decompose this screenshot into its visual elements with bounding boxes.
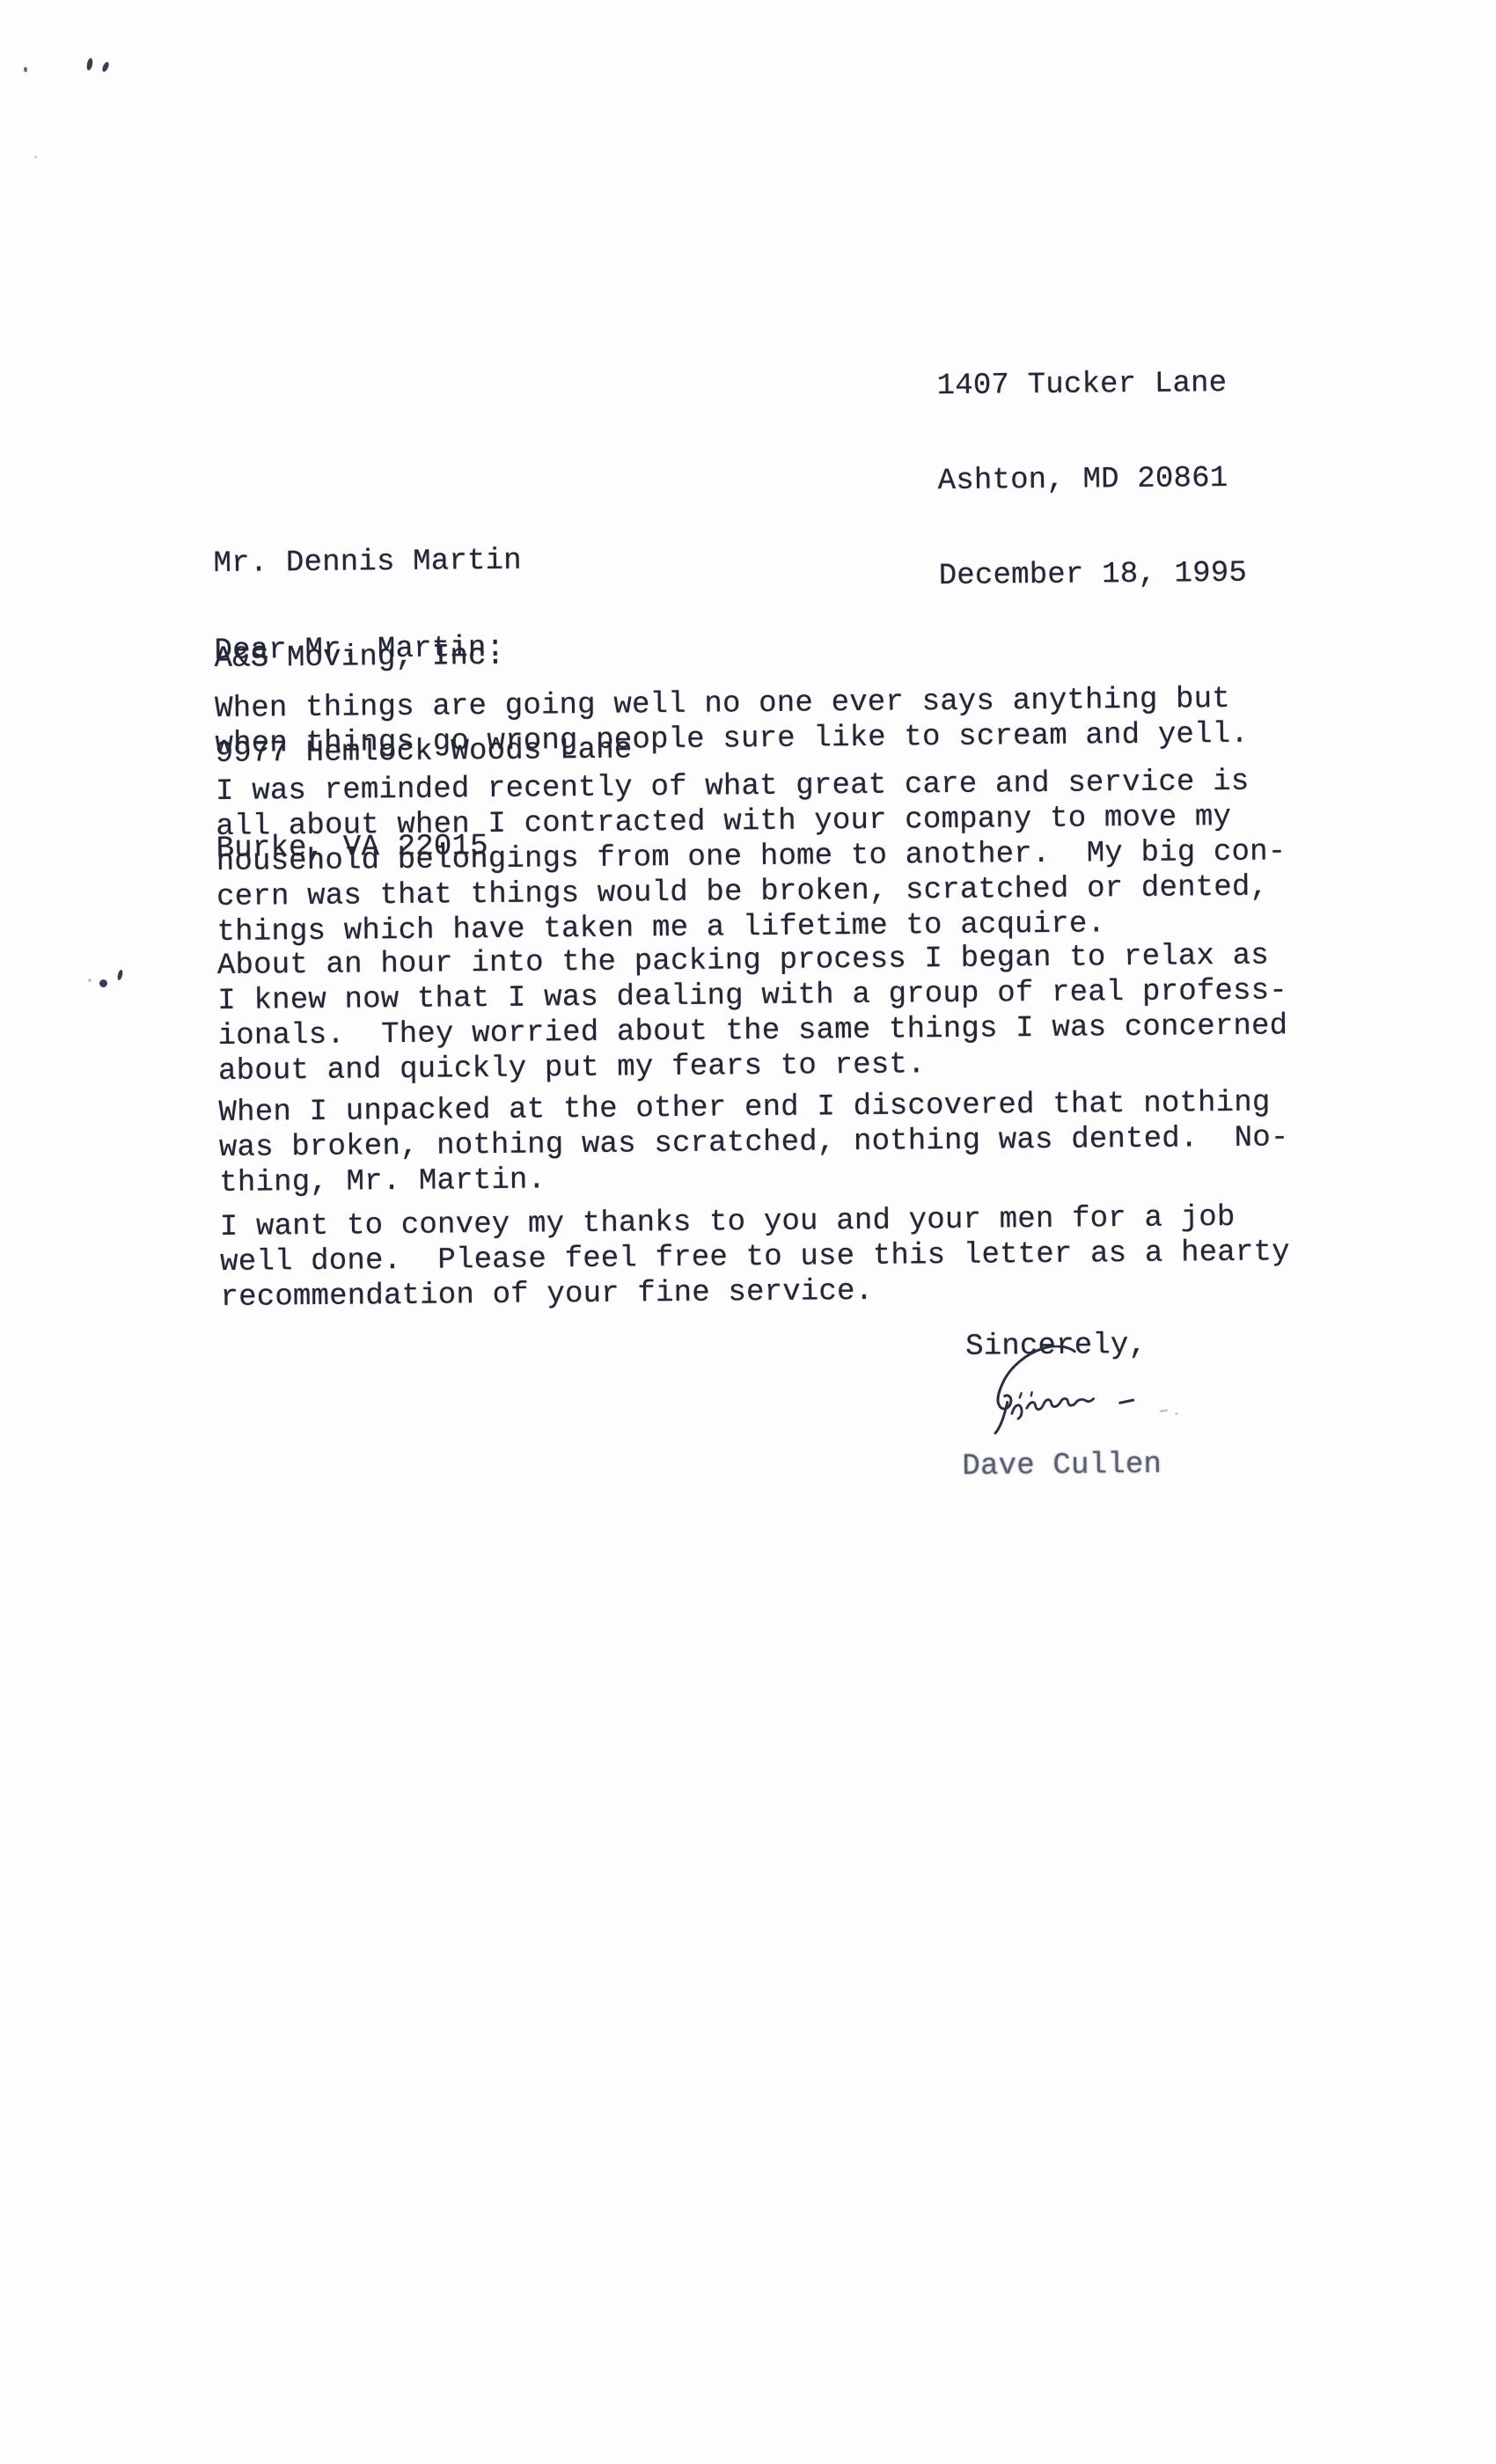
handwritten-signature — [968, 1344, 1189, 1444]
signature-name: Dave Cullen — [962, 1448, 1162, 1485]
sender-address-block: 1407 Tucker Lane Ashton, MD 20861 Decemb… — [936, 304, 1248, 656]
salutation: Dear Mr. Martin: — [214, 631, 504, 669]
letter-content: 1407 Tucker Lane Ashton, MD 20861 Decemb… — [0, 0, 1496, 2464]
body-paragraph-1: When things are going well no one ever s… — [215, 682, 1249, 762]
sender-address-line: Ashton, MD 20861 — [938, 463, 1247, 497]
letter-page: 1407 Tucker Lane Ashton, MD 20861 Decemb… — [0, 0, 1496, 2464]
body-paragraph-4: When I unpacked at the other end I disco… — [218, 1085, 1289, 1201]
sender-address-line: 1407 Tucker Lane — [936, 368, 1245, 402]
sender-date-line: December 18, 1995 — [939, 558, 1248, 592]
body-paragraph-2: I was reminded recently of what great ca… — [216, 764, 1287, 950]
body-paragraph-5: I want to convey my thanks to you and yo… — [220, 1199, 1291, 1316]
body-paragraph-3: About an hour into the packing process I… — [217, 938, 1288, 1089]
recipient-name-line: Mr. Dennis Martin — [213, 544, 630, 580]
